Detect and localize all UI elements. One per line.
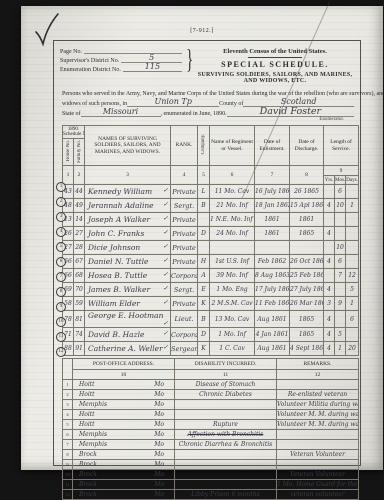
company-cell: H	[198, 255, 210, 269]
disability-cell	[175, 400, 277, 410]
tally-check-mark: ✓	[163, 243, 168, 250]
remarks-cell: Re-enlisted veteran	[277, 390, 359, 400]
tally-check-mark: ✓	[163, 215, 168, 222]
tally-check-mark: ✓	[163, 320, 168, 327]
row-number-cell: 3	[63, 400, 73, 410]
preamble: Persons who served in the Army, Navy, an…	[62, 87, 354, 123]
regiment-cell-text: 13 Mo. Cav	[215, 316, 250, 323]
remarks-cell-text: Veteran Volunteer	[290, 451, 345, 458]
service-years-cell	[324, 185, 335, 199]
service-days-cell: 1	[346, 199, 359, 213]
service-days-cell	[346, 255, 359, 269]
post-office-state: Mo	[154, 421, 164, 428]
col-number: 11	[175, 370, 277, 380]
supervisor-district-label: Supervisor's District No.	[60, 58, 119, 64]
rank-cell: Corporal	[171, 269, 198, 283]
company-cell: E	[198, 283, 210, 297]
tally-check-mark: ✓	[163, 330, 168, 337]
service-months-cell: 10	[335, 241, 346, 255]
enlistment-date-cell	[255, 241, 290, 255]
veteran-name-cell-text: David B. Hazle	[88, 330, 144, 339]
post-office-cell: HoittMo	[73, 390, 175, 400]
enlistment-date-cell: Aug 1861	[255, 311, 290, 328]
enumeration-district-label: Enumeration District No.	[60, 67, 121, 73]
discharge-date-cell-text: 1865	[299, 316, 314, 323]
veteran-name-cell: Joseph A Walker✓	[85, 213, 171, 227]
col-number: 10	[73, 370, 175, 380]
post-office-cell: HoittMo	[73, 410, 175, 420]
company-cell: L	[198, 185, 210, 199]
enlistment-date-cell-text: 4 Jan 1861	[256, 331, 289, 338]
row-number-stamp: 11	[56, 332, 66, 342]
service-months-cell	[335, 311, 346, 328]
enlistment-date-cell-text: Aug 1861	[257, 345, 286, 352]
form-header: Page No. Supervisor's District No. 5 Enu…	[60, 46, 356, 84]
post-office-state: Mo	[154, 431, 164, 438]
remarks-cell	[277, 380, 359, 390]
row-number-stamp: 6	[56, 257, 66, 267]
regiment-cell-text: 1 Mo. Eng	[216, 286, 247, 293]
discharge-date-cell: 26 Oct 1865	[290, 255, 324, 269]
col-number: 8	[290, 166, 324, 185]
post-office-town: Hoitt	[79, 411, 95, 418]
discharge-date-cell: 27 July 1865	[290, 283, 324, 297]
service-years-cell-text: 4	[327, 345, 331, 352]
enlistment-date-cell-text: 17 July 1861	[255, 286, 290, 293]
col-header-discharge: Date of Discharge.	[290, 126, 324, 166]
page-no-label: Page No.	[60, 49, 82, 55]
post-office-address: BrockMo	[73, 491, 174, 498]
disability-cell-text: Disease of Stomach	[196, 381, 256, 388]
enlistment-date-cell-text: 1861	[264, 216, 279, 223]
service-days-cell: 20	[346, 342, 359, 356]
enumerator-label: Enumerator.	[62, 117, 344, 123]
service-years-cell-text: 4	[327, 258, 331, 265]
service-months-cell: 5	[335, 328, 346, 342]
post-office-town: Brock	[79, 481, 97, 488]
discharge-date-cell-text: 25 Feb 1865	[290, 272, 324, 279]
company-cell-text: K	[201, 300, 205, 307]
remarks-cell-text: Veteran Volunteer	[290, 471, 345, 478]
regiment-cell: 1 C. Cav	[210, 342, 255, 356]
col-number: 7	[255, 166, 290, 185]
post-office-state: Mo	[154, 391, 164, 398]
remarks-cell-text: veteran volunteer	[290, 491, 344, 498]
row-number-cell: 5	[63, 420, 73, 430]
discharge-date-cell: 1865	[290, 227, 324, 241]
address-row: 9BrockMo	[63, 460, 359, 470]
service-years-cell-text: 4	[327, 202, 331, 209]
company-cell-text: B	[201, 316, 205, 323]
col-header-post-office: POST-OFFICE ADDRESS.	[73, 359, 175, 370]
remarks-cell: Veteran Volunteer	[277, 450, 359, 460]
rank-cell-text: Sergt.	[174, 202, 194, 210]
col-header-remarks: REMARKS.	[277, 359, 359, 370]
post-office-state: Mo	[154, 491, 164, 498]
enlistment-date-cell: 8 Aug 1863	[255, 269, 290, 283]
family-number-cell-text: 49	[75, 202, 83, 209]
enlistment-date-cell: 16 July 1861	[255, 185, 290, 199]
discharge-date-cell-text: 26 1865	[294, 188, 319, 195]
service-months-cell	[335, 213, 346, 227]
service-years-cell: 4	[324, 227, 335, 241]
row-number-stamp: 3	[56, 212, 66, 222]
service-months-cell	[335, 227, 346, 241]
veteran-name-cell: John C. Franks✓	[85, 227, 171, 241]
row-number-stamp: 7	[56, 272, 66, 282]
discharge-date-cell-text: 1865	[299, 230, 314, 237]
discharge-date-cell: 1865	[290, 311, 324, 328]
col-number: 5	[198, 166, 210, 185]
remarks-cell-text: Volunteer M. M. during war	[277, 421, 359, 428]
township-value: Union Tp	[127, 98, 219, 107]
col-header-company: Company.	[198, 126, 210, 166]
col-number: 4	[171, 166, 198, 185]
company-cell-text: K	[201, 345, 205, 352]
veteran-name-cell: Jerannah Adaline✓	[85, 199, 171, 213]
service-years-cell: 4	[324, 328, 335, 342]
regiment-cell: 24 Mo. Inf	[210, 227, 255, 241]
regiment-cell: 1 Mo. Inf	[210, 328, 255, 342]
row-number-cell: 1	[63, 380, 73, 390]
row-number-cell-text: 8	[66, 452, 68, 457]
service-days-cell-text: 6	[350, 316, 354, 323]
service-months-cell: 1	[335, 342, 346, 356]
disability-cell: Libby Prison 6 months	[175, 490, 277, 500]
rank-cell: Corporal	[171, 328, 198, 342]
row-number-stamp: 4	[56, 227, 66, 237]
veteran-name-cell-text: William Elder	[88, 299, 140, 308]
family-number-cell-text: 27	[75, 230, 83, 237]
regiment-cell	[210, 241, 255, 255]
enlistment-date-cell: 4 Jan 1861	[255, 328, 290, 342]
col-header-regiment: Name of Regiment or Vessel.	[210, 126, 255, 166]
service-months-cell-text: 5	[338, 331, 342, 338]
rank-cell: Sergt.	[171, 199, 198, 213]
rank-cell: Private	[171, 241, 198, 255]
post-office-state: Mo	[154, 381, 164, 388]
rank-cell: Private	[171, 185, 198, 199]
rank-cell-text: Corporal	[171, 331, 198, 339]
disability-cell	[175, 410, 277, 420]
veteran-name-cell-text: Kennedy William	[88, 187, 152, 196]
discharge-date-cell-text: 15 Apl 1866	[290, 202, 324, 209]
family-number-cell: 59	[74, 297, 85, 311]
row-number-stamp: 5	[56, 242, 66, 252]
service-months-cell: 6	[335, 185, 346, 199]
veteran-row: 1314Joseph A Walker✓Private1 N.E. Mo. In…	[63, 213, 359, 227]
service-years-cell	[324, 269, 335, 283]
form-border-box: Page No. Supervisor's District No. 5 Enu…	[53, 40, 361, 466]
rank-cell: Lieut.	[171, 311, 198, 328]
company-cell: K	[198, 342, 210, 356]
address-row: 11BrockMo1 Mo. Home Guard for the war	[63, 480, 359, 490]
service-days-cell	[346, 213, 359, 227]
enlistment-date-cell-text: 1861	[264, 230, 279, 237]
form-code: [7-912.]	[21, 6, 383, 34]
post-office-state: Mo	[154, 461, 164, 468]
veteran-row: 6970James B. Walker✓Sergt.E1 Mo. Eng17 J…	[63, 283, 359, 297]
post-office-cell: BrockMo	[73, 460, 175, 470]
veteran-name-cell: Dicie Johnson✓	[85, 241, 171, 255]
post-office-town: Brock	[79, 451, 97, 458]
service-months-cell-text: 6	[338, 188, 342, 195]
service-years-cell: 4	[324, 255, 335, 269]
row-number-header	[63, 359, 73, 380]
family-number-cell-text: 14	[75, 216, 83, 223]
rank-cell-text: Private	[172, 258, 196, 266]
enlistment-date-cell: 11 Feb 1862	[255, 297, 290, 311]
col-number: 9	[324, 166, 359, 176]
post-office-state: Mo	[154, 481, 164, 488]
veteran-name-cell: David B. Hazle✓	[85, 328, 171, 342]
veteran-name-cell: Catherine A. Weller✓	[85, 342, 171, 356]
row-number-cell-text: 11	[65, 482, 69, 487]
tally-check-mark: ✓	[163, 344, 168, 351]
discharge-date-cell-text: 26 Oct 1865	[290, 258, 324, 265]
post-office-state: Mo	[154, 451, 164, 458]
col-number: 3	[85, 166, 171, 185]
disability-cell: Chronic Diarrhea & Bronchitis	[175, 440, 277, 450]
row-number-cell: 9	[63, 460, 73, 470]
row-number-cell: 8	[63, 450, 73, 460]
family-number-cell-text: 74	[75, 331, 83, 338]
enlistment-date-cell: 1861	[255, 227, 290, 241]
post-office-town: Hoitt	[79, 421, 95, 428]
veteran-row: 7174David B. Hazle✓CorporalD1 Mo. Inf4 J…	[63, 328, 359, 342]
service-years-cell: 4	[324, 342, 335, 356]
family-number-cell-text: 28	[75, 244, 83, 251]
schedule-titles: Eleventh Census of the United States. SP…	[194, 46, 356, 84]
post-office-town: Memphis	[79, 431, 107, 438]
family-number-cell: 70	[74, 283, 85, 297]
remarks-cell-text: Volunteer M. M. during war	[277, 411, 359, 418]
regiment-cell: 21 Mo. Inf	[210, 199, 255, 213]
discharge-date-cell: 26 1865	[290, 185, 324, 199]
row-number-cell-text: 1	[66, 382, 68, 387]
post-office-town: Memphis	[79, 441, 107, 448]
service-years-cell-text: 4	[327, 230, 331, 237]
enlistment-date-cell: 18 Jan 1862	[255, 199, 290, 213]
post-office-cell: MemphisMo	[73, 440, 175, 450]
veteran-row: 2627John C. Franks✓PrivateD24 Mo. Inf186…	[63, 227, 359, 241]
family-number-cell-text: 70	[75, 286, 83, 293]
rank-cell: Sergeant	[171, 342, 198, 356]
regiment-cell-text: 1st U.S. Inf	[215, 258, 249, 265]
main-table-wrap: 1890. Schedule No. 1. NAMES OF SURVIVING…	[62, 125, 360, 356]
tally-check-mark: ✓	[163, 229, 168, 236]
scanned-census-page: [7-912.] Page No. Supervisor's District …	[21, 6, 383, 470]
service-months-cell-text: 6	[338, 258, 342, 265]
schedule-subtitle: SURVIVING SOLDIERS, SAILORS, AND MARINES…	[194, 72, 356, 84]
post-office-cell: BrockMo	[73, 470, 175, 480]
service-months-cell: 10	[335, 199, 346, 213]
regiment-cell: 39 Mo. Inf	[210, 269, 255, 283]
rank-cell-text: Sergt.	[174, 286, 194, 294]
address-disability-remarks-table: POST-OFFICE ADDRESS. DISABILITY INCURRED…	[62, 358, 359, 500]
post-office-cell: BrockMo	[73, 490, 175, 500]
sub-header-mos: Mos.	[335, 176, 346, 185]
regiment-cell-text: 39 Mo. Inf	[216, 272, 247, 279]
tally-check-mark: ✓	[163, 285, 168, 292]
service-years-cell-text: 4	[327, 316, 331, 323]
preamble-line-1: Persons who served in the Army, Navy, an…	[62, 87, 354, 97]
veteran-name-cell: James B. Walker✓	[85, 283, 171, 297]
veteran-name-cell-text: John C. Franks	[88, 229, 144, 238]
service-months-cell-text: 1	[338, 345, 342, 352]
veteran-name-cell-text: Joseph A Walker	[88, 215, 150, 224]
family-number-cell: 68	[74, 269, 85, 283]
family-number-cell-text: 81	[75, 316, 83, 323]
rank-cell: Private	[171, 297, 198, 311]
row-number-cell-text: 9	[66, 462, 68, 467]
company-cell-text: B	[201, 202, 205, 209]
service-years-cell	[324, 241, 335, 255]
family-number-cell: 49	[74, 199, 85, 213]
row-number-cell: 2	[63, 390, 73, 400]
veteran-name-cell-text: Catherine A. Weller	[88, 344, 163, 353]
family-number-cell-text: 68	[75, 272, 83, 279]
service-days-cell: 6	[346, 311, 359, 328]
veteran-row: 6668Hosea B. Tuttle✓CorporalA39 Mo. Inf8…	[63, 269, 359, 283]
rank-cell: Sergt.	[171, 283, 198, 297]
corner-heading: 1890. Schedule No. 1.	[63, 126, 85, 139]
veteran-row: 7881George E. Hootman✓Lieut.B13 Mo. CavA…	[63, 311, 359, 328]
service-months-cell	[335, 283, 346, 297]
row-number-cell: 10	[63, 470, 73, 480]
service-years-cell: 4	[324, 311, 335, 328]
row-number-stamp: 10	[56, 317, 66, 327]
enumerated-text: , enumerated in June, 1890.	[161, 111, 227, 117]
remarks-cell	[277, 440, 359, 450]
regiment-cell: 1st U.S. Inf	[210, 255, 255, 269]
address-row: 2HoittMoChronic DiabetesRe-enlisted vete…	[63, 390, 359, 400]
rank-cell-text: Private	[172, 216, 196, 224]
disability-cell	[175, 450, 277, 460]
regiment-cell-text: 11 Mo. Cav	[215, 188, 250, 195]
veteran-name-cell-text: Daniel N. Tuttle	[88, 257, 148, 266]
service-months-cell: 9	[335, 297, 346, 311]
col-header-length-of-service: Length of Service.	[324, 126, 359, 166]
post-office-state: Mo	[154, 401, 164, 408]
discharge-date-cell-text: 1861	[299, 216, 314, 223]
veteran-name-cell-text: Jerannah Adaline	[88, 201, 154, 210]
enlistment-date-cell-text: Aug 1861	[257, 316, 286, 323]
veteran-row: 6667Daniel N. Tuttle✓PrivateH1st U.S. In…	[63, 255, 359, 269]
disability-cell: Disease of Stomach	[175, 380, 277, 390]
company-cell: D	[198, 328, 210, 342]
post-office-state: Mo	[154, 411, 164, 418]
col-header-names: NAMES OF SURVIVING SOLDIERS, SAILORS, AN…	[85, 126, 171, 166]
company-cell: D	[198, 227, 210, 241]
company-cell: A	[198, 269, 210, 283]
regiment-cell: 1 N.E. Mo. Inf 6 mo	[210, 213, 255, 227]
enumerator-signature: David Foster	[227, 107, 354, 117]
remarks-cell: 1 Mo. Home Guard for the war	[277, 480, 359, 490]
disability-cell	[175, 460, 277, 470]
row-number-cell-text: 2	[66, 392, 68, 397]
rank-cell-text: Private	[172, 300, 196, 308]
service-days-cell-text: 12	[348, 272, 356, 279]
address-row: 12BrockMoLibby Prison 6 monthsveteran vo…	[63, 490, 359, 500]
enlistment-date-cell: Feb 1862	[255, 255, 290, 269]
service-months-cell: 7	[335, 269, 346, 283]
family-number-cell: 27	[74, 227, 85, 241]
enlistment-date-cell: Aug 1861	[255, 342, 290, 356]
post-office-address: MemphisMo	[73, 431, 174, 438]
row-number-stamp: 9	[56, 302, 66, 312]
service-days-cell	[346, 185, 359, 199]
tally-check-mark: ✓	[163, 201, 168, 208]
disability-cell-text: Libby Prison 6 months	[191, 491, 259, 498]
family-number-cell: 91	[74, 342, 85, 356]
rank-cell: Private	[171, 213, 198, 227]
family-number-cell-text: 59	[75, 300, 83, 307]
col-number: 12	[277, 370, 359, 380]
family-number-cell-text: 44	[75, 188, 83, 195]
discharge-date-cell-text: 4 Sept 1865	[290, 345, 324, 352]
sub-header-days: Days.	[346, 176, 359, 185]
veteran-name-cell: Hosea B. Tuttle✓	[85, 269, 171, 283]
disability-cell-text: Chronic Diabetes	[199, 391, 252, 398]
row-number-cell: 7	[63, 440, 73, 450]
post-office-cell: HoittMo	[73, 380, 175, 390]
rank-cell: Private	[171, 255, 198, 269]
post-office-address: HoittMo	[73, 411, 174, 418]
veteran-name-cell-text: James B. Walker	[88, 285, 150, 294]
family-number-cell: 74	[74, 328, 85, 342]
disability-cell	[175, 480, 277, 490]
regiment-cell: 13 Mo. Cav	[210, 311, 255, 328]
disability-cell-text: Rupture	[213, 421, 238, 428]
address-row: 5HoittMoRuptureVolunteer M. M. during wa…	[63, 420, 359, 430]
rank-cell-text: Private	[172, 244, 196, 252]
post-office-address: BrockMo	[73, 481, 174, 488]
service-days-cell	[346, 241, 359, 255]
family-number-cell: 14	[74, 213, 85, 227]
service-days-cell-text: 1	[350, 300, 354, 307]
sub-header-yrs: Yrs.	[324, 176, 335, 185]
veteran-row: 2728Dicie Johnson✓Private10	[63, 241, 359, 255]
address-row: 10BrockMoVeteran Volunteer	[63, 470, 359, 480]
col-header-enlistment: Date of Enlistment.	[255, 126, 290, 166]
post-office-address: HoittMo	[73, 381, 174, 388]
veterans-table: 1890. Schedule No. 1. NAMES OF SURVIVING…	[62, 125, 359, 356]
remarks-cell: Volunteer Militia during war	[277, 400, 359, 410]
service-months-cell: 6	[335, 255, 346, 269]
preamble-text-1: Persons who served in the Army, Navy, an…	[62, 91, 384, 97]
col-header-disability: DISABILITY INCURRED.	[175, 359, 277, 370]
service-months-cell-text: 9	[338, 300, 342, 307]
post-office-cell: BrockMo	[73, 450, 175, 460]
tally-check-mark: ✓	[163, 299, 168, 306]
post-office-address: MemphisMo	[73, 441, 174, 448]
service-years-cell: 4	[324, 283, 335, 297]
service-months-cell-text: 10	[336, 202, 344, 209]
service-days-cell-text: 5	[350, 286, 354, 293]
disability-cell: Affection with Bronchitis	[175, 430, 277, 440]
enlistment-date-cell-text: 8 Aug 1863	[255, 272, 290, 279]
remarks-cell-text: 1 Mo. Home Guard for the war	[277, 481, 359, 488]
enumeration-district-line: Enumeration District No. 115	[60, 64, 184, 73]
post-office-state: Mo	[154, 441, 164, 448]
row-number-stamp: 2	[56, 197, 66, 207]
company-cell	[198, 213, 210, 227]
post-office-cell: HoittMo	[73, 420, 175, 430]
post-office-address: BrockMo	[73, 451, 174, 458]
remarks-cell: veteran volunteer	[277, 490, 359, 500]
company-cell	[198, 241, 210, 255]
